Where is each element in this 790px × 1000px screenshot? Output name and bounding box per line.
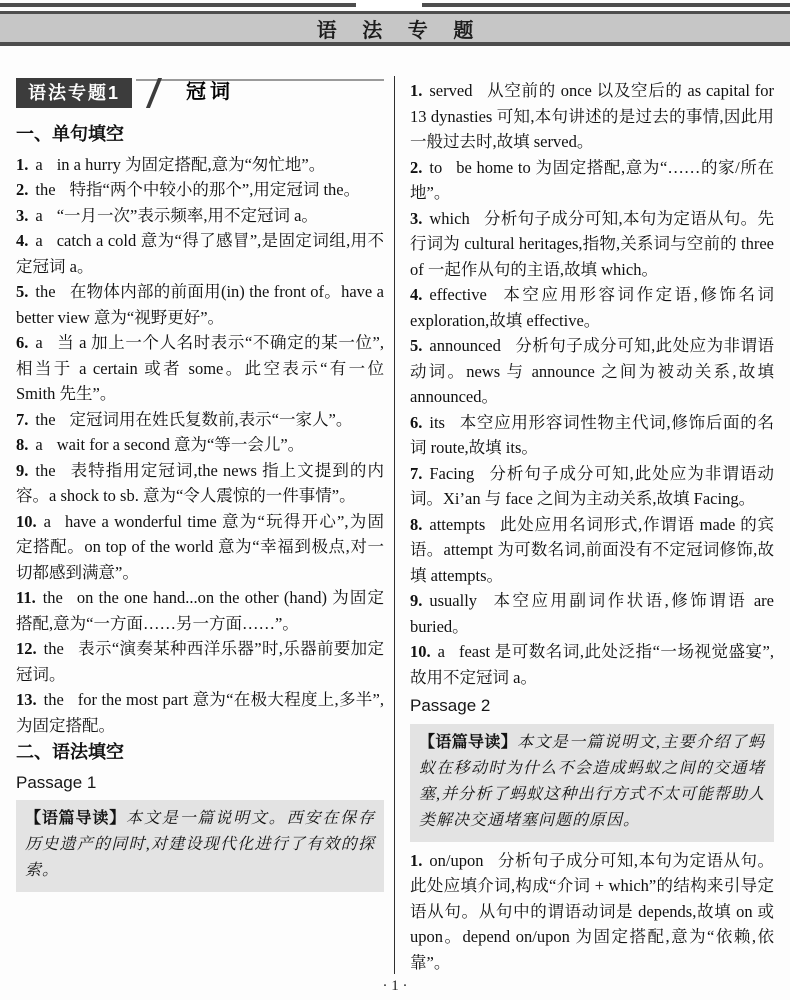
passage-1-intro-box: 【语篇导读】本文是一篇说明文。西安在保存历史遗产的同时,对建设现代化进行了有效的… <box>16 800 384 892</box>
item-explanation: on the one hand...on the other (hand) 为固… <box>16 588 384 633</box>
item-explanation: 定冠词用在姓氏复数前,表示“一家人”。 <box>70 410 353 429</box>
answer-item: 8.attempts此处应用名词形式,作谓语 made 的宾语。attempt … <box>410 512 774 589</box>
item-number: 2. <box>16 180 28 199</box>
item-number: 1. <box>410 81 422 100</box>
item-answer: usually <box>429 591 477 610</box>
answer-item: 11.theon the one hand...on the other (ha… <box>16 585 384 636</box>
item-number: 8. <box>410 515 422 534</box>
answer-item: 9.the表特指用定冠词,the news 指上文提到的内容。a shock t… <box>16 458 384 509</box>
item-explanation: 当 a 加上一个人名时表示“不确定的某一位”,相当于 a certain 或者 … <box>16 333 384 403</box>
item-explanation: for the most part 意为“在极大程度上,多半”,为固定搭配。 <box>16 690 384 735</box>
answer-item: 9.usually本空应用副词作状语,修饰谓语 are buried。 <box>410 588 774 639</box>
answer-item: 4.effective本空应用形容词作定语,修饰名词 exploration,故… <box>410 282 774 333</box>
answer-item: 8.await for a second 意为“等一会儿”。 <box>16 432 384 458</box>
item-number: 12. <box>16 639 37 658</box>
answer-item: 6.a当 a 加上一个人名时表示“不确定的某一位”,相当于 a certain … <box>16 330 384 407</box>
answer-item: 3.which分析句子成分可知,本句为定语从句。先行词为 cultural he… <box>410 206 774 283</box>
item-answer: the <box>43 588 63 607</box>
item-number: 5. <box>410 336 422 355</box>
item-explanation: wait for a second 意为“等一会儿”。 <box>57 435 304 454</box>
item-answer: a <box>35 435 42 454</box>
passage-2-intro-box: 【语篇导读】本文是一篇说明文,主要介绍了蚂蚁在移动时为什么不会造成蚂蚁之间的交通… <box>410 724 774 842</box>
topic-rule <box>136 79 384 81</box>
item-answer: a <box>44 512 51 531</box>
item-answer: which <box>429 209 469 228</box>
answer-item: 1.ain a hurry 为固定搭配,意为“匆忙地”。 <box>16 152 384 178</box>
answer-item: 2.tobe home to 为固定搭配,意为“……的家/所在地”。 <box>410 155 774 206</box>
topic-badge: 语法专题1 <box>16 78 132 108</box>
item-number: 2. <box>410 158 422 177</box>
item-answer: the <box>35 410 55 429</box>
item-explanation: 表特指用定冠词,the news 指上文提到的内容。a shock to sb.… <box>16 461 384 506</box>
item-number: 11. <box>16 588 36 607</box>
passage-2-label: Passage 2 <box>410 693 774 719</box>
item-answer: a <box>35 231 42 250</box>
answer-item: 13.thefor the most part 意为“在极大程度上,多半”,为固… <box>16 687 384 738</box>
answer-item: 7.Facing分析句子成分可知,此处应为非谓语动词。Xi’an 与 face … <box>410 461 774 512</box>
answer-item: 2.the特指“两个中较小的那个”,用定冠词 the。 <box>16 177 384 203</box>
page-header: 语 法 专 题 <box>0 11 790 46</box>
item-answer: a <box>35 206 42 225</box>
item-explanation: have a wonderful time 意为“玩得开心”,为固定搭配。on … <box>16 512 384 582</box>
item-number: 6. <box>16 333 28 352</box>
answer-item: 12.the表示“演奏某种西洋乐器”时,乐器前要加定冠词。 <box>16 636 384 687</box>
page: { "header": { "title": "语 法 专 题" }, "foo… <box>0 0 790 1000</box>
item-explanation: in a hurry 为固定搭配,意为“匆忙地”。 <box>57 155 326 174</box>
item-explanation: 本空应用形容词性物主代词,修饰后面的名词 route,故填 its。 <box>410 413 774 458</box>
item-number: 5. <box>16 282 28 301</box>
item-explanation: 表示“演奏某种西洋乐器”时,乐器前要加定冠词。 <box>16 639 384 684</box>
item-number: 9. <box>16 461 28 480</box>
item-number: 1. <box>16 155 28 174</box>
item-explanation: 特指“两个中较小的那个”,用定冠词 the。 <box>70 180 361 199</box>
item-explanation: catch a cold 意为“得了感冒”,是固定词组,用不定冠词 a。 <box>16 231 384 276</box>
item-number: 13. <box>16 690 37 709</box>
column-divider <box>394 76 395 974</box>
item-answer: effective <box>429 285 486 304</box>
item-explanation: feast 是可数名词,此处泛指“一场视觉盛宴”,故用不定冠词 a。 <box>410 642 774 687</box>
answer-item: 7.the定冠词用在姓氏复数前,表示“一家人”。 <box>16 407 384 433</box>
page-number: · 1 · <box>0 978 790 995</box>
item-answer: attempts <box>429 515 485 534</box>
passage-1-label: Passage 1 <box>16 770 384 796</box>
item-answer: a <box>35 333 42 352</box>
topic-title: 冠词 <box>186 80 234 106</box>
item-answer: the <box>35 461 55 480</box>
item-number: 7. <box>16 410 28 429</box>
item-number: 4. <box>410 285 422 304</box>
item-answer: the <box>44 690 64 709</box>
item-number: 3. <box>16 206 28 225</box>
item-answer: on/upon <box>429 851 483 870</box>
item-number: 7. <box>410 464 422 483</box>
item-answer: served <box>429 81 472 100</box>
answer-item: 4.acatch a cold 意为“得了感冒”,是固定词组,用不定冠词 a。 <box>16 228 384 279</box>
header-tab-notch <box>356 0 422 10</box>
item-answer: Facing <box>429 464 474 483</box>
section-heading-2: 二、语法填空 <box>16 740 384 766</box>
section-heading-1: 一、单句填空 <box>16 122 384 148</box>
item-answer: announced <box>429 336 500 355</box>
answer-item: 10.ahave a wonderful time 意为“玩得开心”,为固定搭配… <box>16 509 384 586</box>
answer-item: 6.its本空应用形容词性物主代词,修饰后面的名词 route,故填 its。 <box>410 410 774 461</box>
item-answer: the <box>35 180 55 199</box>
left-column: 语法专题1 冠词 一、单句填空 1.ain a hurry 为固定搭配,意为“匆… <box>16 78 384 898</box>
intro-label: 【语篇导读】 <box>25 810 126 827</box>
item-number: 4. <box>16 231 28 250</box>
item-answer: a <box>35 155 42 174</box>
right-column: 1.served从空前的 once 以及空后的 as capital for 1… <box>410 78 774 975</box>
item-answer: the <box>44 639 64 658</box>
item-explanation: “一月一次”表示频率,用不定冠词 a。 <box>57 206 318 225</box>
item-answer: the <box>35 282 55 301</box>
page-header-title: 语 法 专 题 <box>307 14 484 43</box>
item-answer: its <box>429 413 445 432</box>
item-explanation: be home to 为固定搭配,意为“……的家/所在地”。 <box>410 158 774 203</box>
item-number: 8. <box>16 435 28 454</box>
item-explanation: 在物体内部的前面用(in) the front of。have a better… <box>16 282 384 327</box>
item-number: 3. <box>410 209 422 228</box>
item-number: 10. <box>16 512 37 531</box>
item-answer: a <box>438 642 445 661</box>
answer-item: 1.on/upon分析句子成分可知,本句为定语从句。此处应填介词,构成“介词 +… <box>410 848 774 976</box>
item-answer: to <box>429 158 442 177</box>
answer-item: 1.served从空前的 once 以及空后的 as capital for 1… <box>410 78 774 155</box>
topic-banner: 语法专题1 冠词 <box>16 78 384 112</box>
answer-item: 5.announced分析句子成分可知,此处应为非谓语动词。news 与 ann… <box>410 333 774 410</box>
answer-item: 5.the在物体内部的前面用(in) the front of。have a b… <box>16 279 384 330</box>
item-number: 1. <box>410 851 422 870</box>
item-number: 10. <box>410 642 431 661</box>
intro-label: 【语篇导读】 <box>419 734 517 751</box>
answer-item: 3.a“一月一次”表示频率,用不定冠词 a。 <box>16 203 384 229</box>
item-number: 9. <box>410 591 422 610</box>
answer-item: 10.afeast 是可数名词,此处泛指“一场视觉盛宴”,故用不定冠词 a。 <box>410 639 774 690</box>
slash-icon <box>146 78 162 108</box>
item-number: 6. <box>410 413 422 432</box>
